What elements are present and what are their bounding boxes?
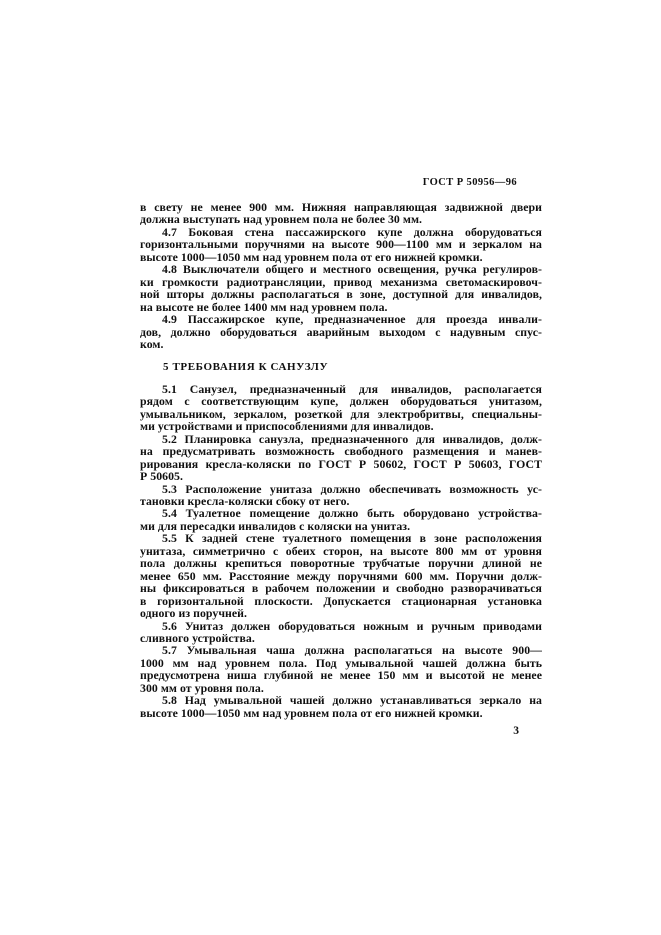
text-line: предусмотрена ниша глубиной не менее 150… <box>140 669 542 681</box>
text-line: рядом с соответствующим купе, должен обо… <box>140 395 542 407</box>
text-line: 5.5 К задней стене туалетного помещения … <box>140 532 542 544</box>
running-header: ГОСТ Р 50956—96 <box>140 177 517 188</box>
text-line: дов, должно оборудоваться аварийным выхо… <box>140 326 542 338</box>
paragraph: 4.8 Выключатели общего и местного освеще… <box>140 263 542 313</box>
text-line: пола должны крепиться поворотные трубчат… <box>140 557 542 569</box>
text-line: высоте 1000—1050 мм над уровнем пола от … <box>140 707 542 719</box>
paragraph: 4.9 Пассажирское купе, предназначенное д… <box>140 313 542 350</box>
text-line: ной шторы должны располагаться в зоне, д… <box>140 288 542 300</box>
document-body: в свету не менее 900 мм. Нижняя направля… <box>140 201 542 719</box>
text-line: ком. <box>140 338 542 350</box>
paragraph: 5.5 К задней стене туалетного помещения … <box>140 532 542 619</box>
section-heading: 5 ТРЕБОВАНИЯ К САНУЗЛУ <box>140 361 542 373</box>
document-page: ГОСТ Р 50956—96 в свету не менее 900 мм.… <box>0 0 661 935</box>
paragraph: в свету не менее 900 мм. Нижняя направля… <box>140 201 542 226</box>
text-line: 5.8 Над умывальной чашей должно устанавл… <box>140 694 542 706</box>
text-line: 4.9 Пассажирское купе, предназначенное д… <box>140 313 542 325</box>
paragraph: 5.8 Над умывальной чашей должно устанавл… <box>140 694 542 719</box>
text-line: ны фиксироваться в рабочем положении и с… <box>140 582 542 594</box>
paragraph: 5.2 Планировка санузла, предназначенного… <box>140 433 542 483</box>
text-line: горизонтальными поручнями на высоте 900—… <box>140 238 542 250</box>
paragraph: 5.6 Унитаз должен оборудоваться ножным и… <box>140 620 542 645</box>
paragraph: 4.7 Боковая стена пассажирского купе дол… <box>140 226 542 263</box>
text-line: 5.4 Туалетное помещение должно быть обор… <box>140 507 542 519</box>
text-line: ми устройствами и приспособлениями для и… <box>140 420 542 432</box>
text-line: 5.7 Умывальная чаша должна располагаться… <box>140 644 542 656</box>
text-line: одного из поручней. <box>140 607 542 619</box>
paragraph: 5.1 Санузел, предназначенный для инвалид… <box>140 383 542 433</box>
page-number: 3 <box>140 725 519 737</box>
text-line: на предусматривать возможность свободног… <box>140 445 542 457</box>
text-line: рирования кресла-коляски по ГОСТ Р 50602… <box>140 458 542 470</box>
paragraph: 5.4 Туалетное помещение должно быть обор… <box>140 507 542 532</box>
paragraph: 5.7 Умывальная чаша должна располагаться… <box>140 644 542 694</box>
paragraph: 5.3 Расположение унитаза должно обеспечи… <box>140 483 542 508</box>
text-line: 4.8 Выключатели общего и местного освеще… <box>140 263 542 275</box>
text-line: Р 50605. <box>140 470 542 482</box>
